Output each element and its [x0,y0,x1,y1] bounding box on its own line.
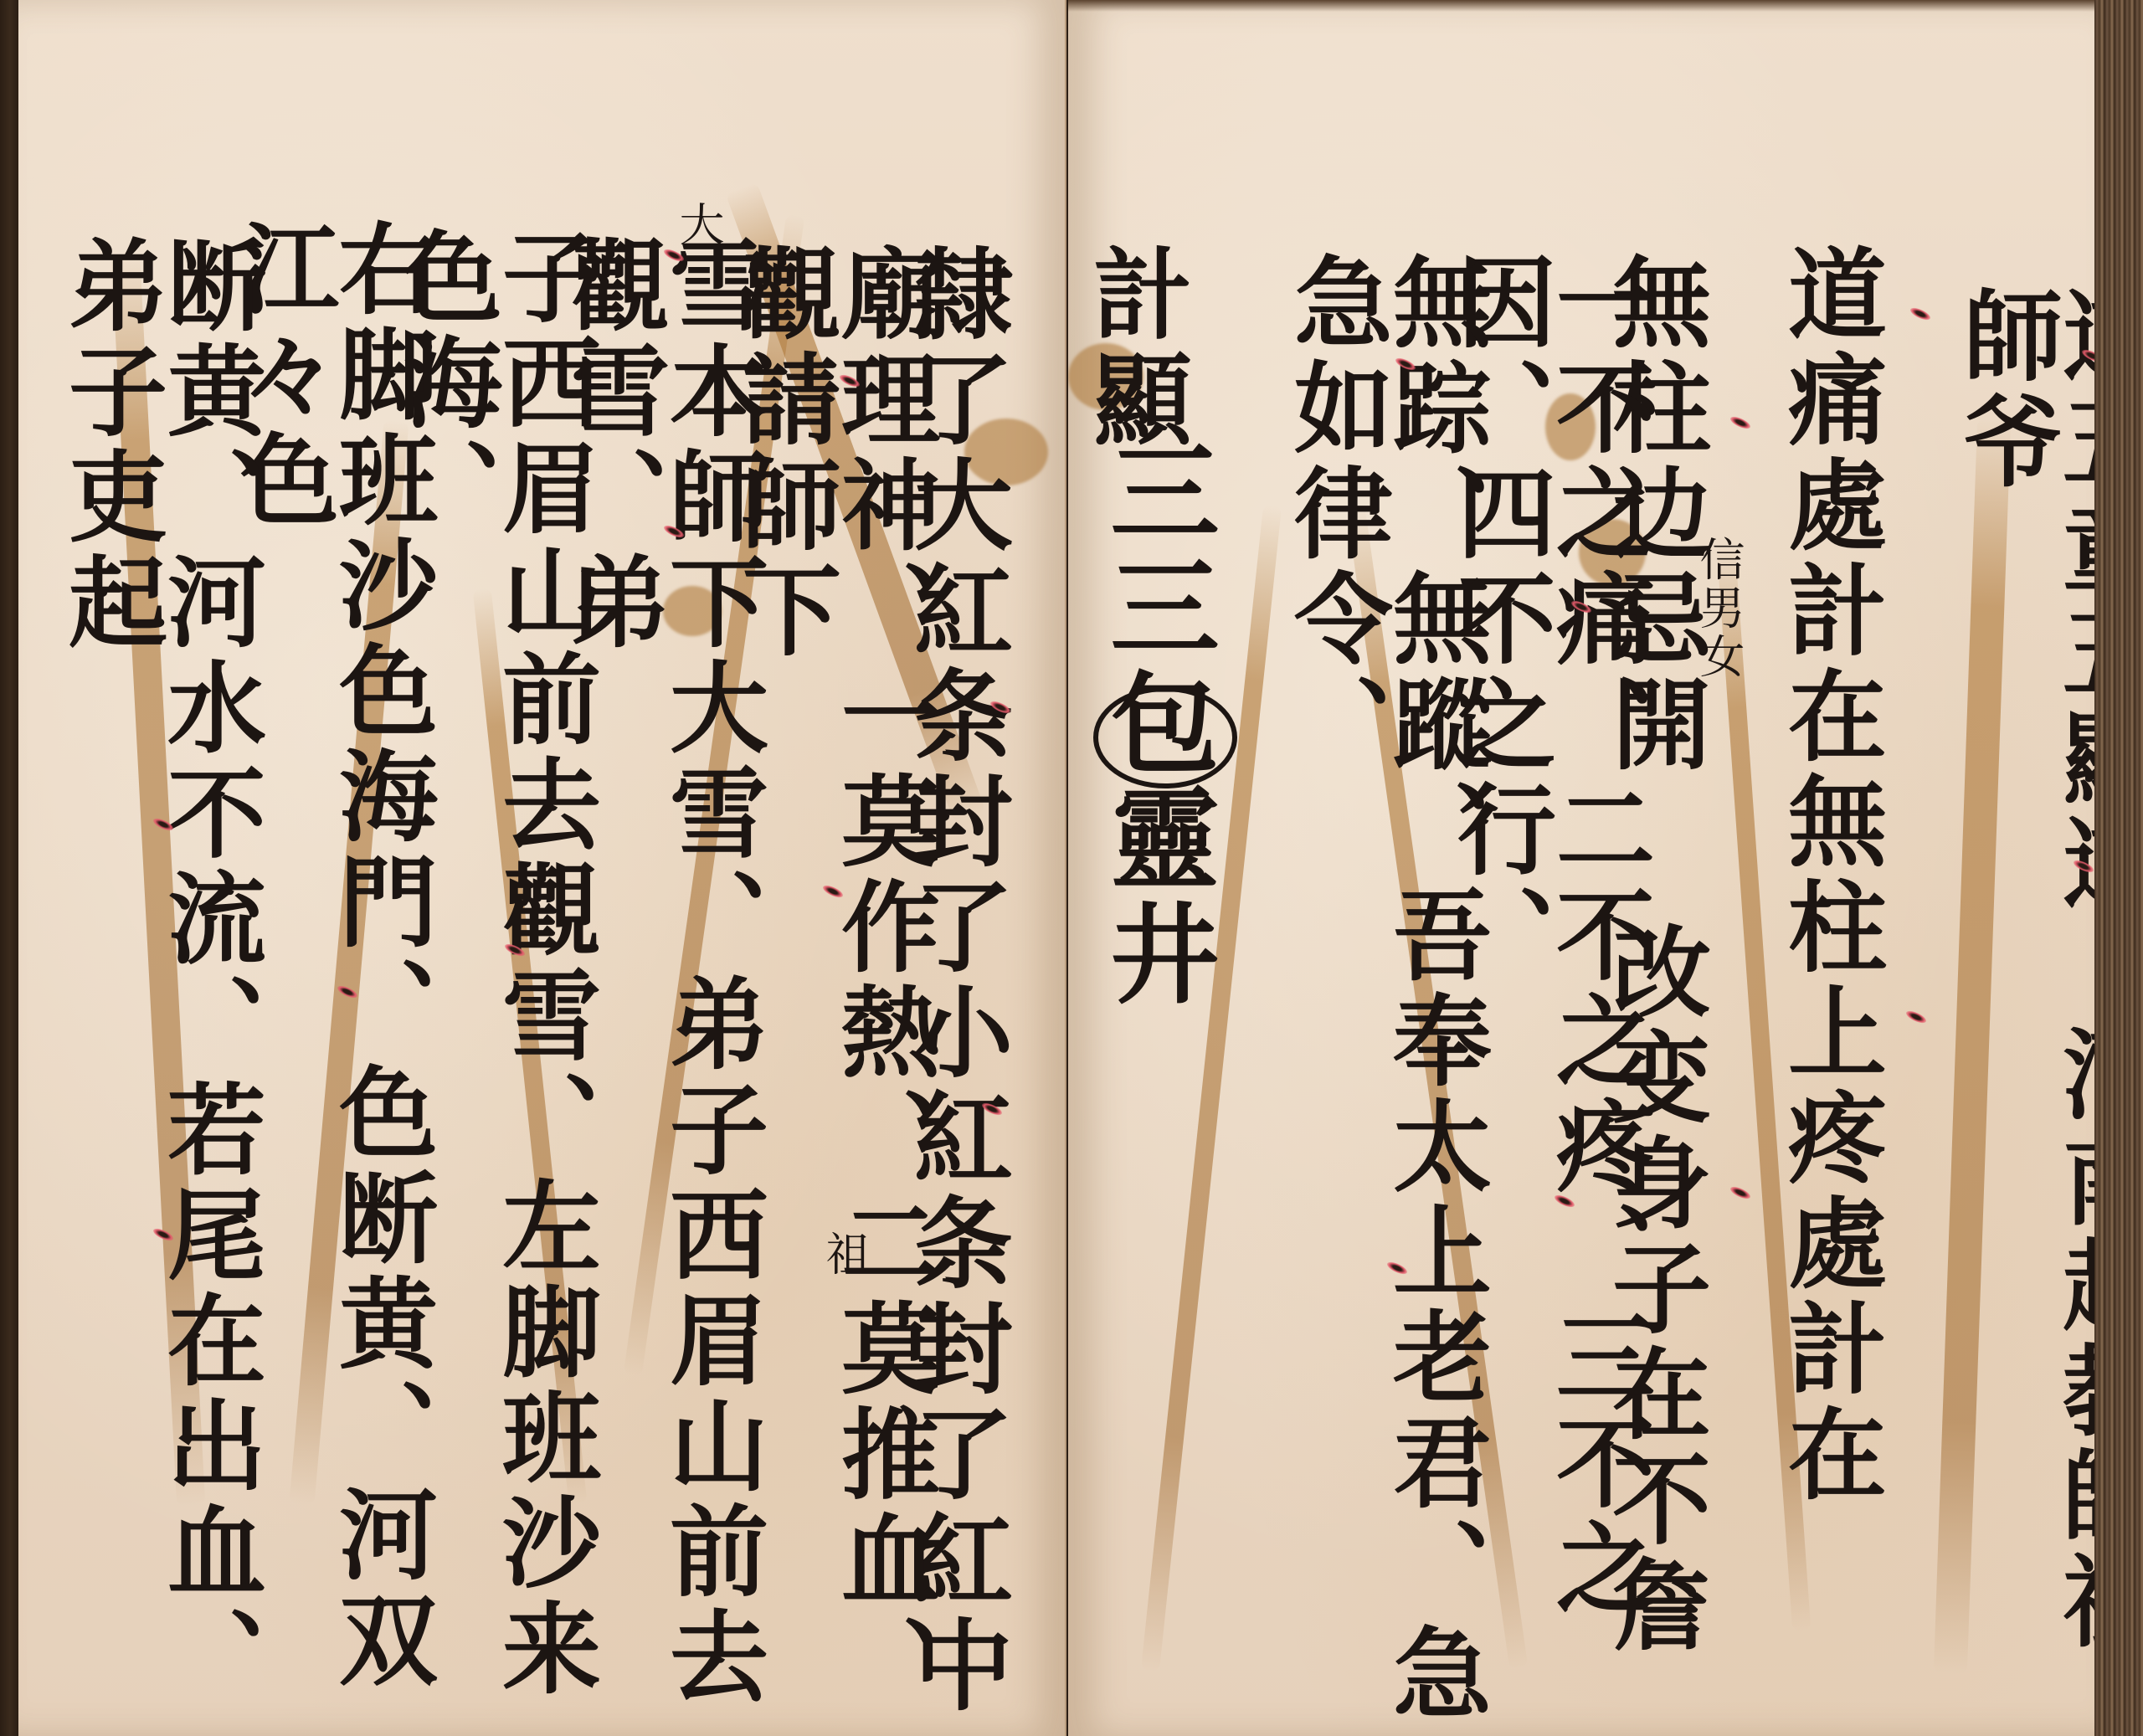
right-page: 道五童五顯道、河南起教師祖師爷 道痛處計在無柱上疼處計在 無柱边忌開 信男女 改… [1068,0,2094,1736]
right-column-3-annotation: 信男女 [1696,536,1741,681]
red-punctuation-mark [1909,306,1932,322]
manuscript-spread: 隸了大紅条封了小紅条封了紅中 廟理神、一莫作熱、二莫推血、觀請師下 祖 大 雪本… [0,0,2143,1736]
red-punctuation-mark [1904,1009,1928,1025]
red-punctuation-mark [1729,1184,1752,1201]
left-column-6: 断黄、河水不流、若尾在出血、弟子吏起 [60,234,258,1736]
right-column-5: 無踪、無蹤、吾奉太上老君、急急如律令、 [1286,251,1483,1736]
right-column-6: 計顯 [1085,243,1184,454]
page-edge-shadow [1068,0,2094,12]
stacked-page-edges [2094,0,2143,1736]
left-page: 隸了大紅条封了小紅条封了紅中 廟理神、一莫作熱、二莫推血、觀請師下 祖 大 雪本… [18,0,1066,1736]
right-column-1: 道五童五顯道、河南起教師祖師爷 [1955,285,2094,1736]
right-column-2: 道痛處計在無柱上疼處計在 [1780,243,1878,1508]
red-punctuation-mark [1729,414,1752,431]
talisman-loop-icon [1093,686,1237,788]
left-column-2-annotation: 祖 [822,1230,867,1279]
